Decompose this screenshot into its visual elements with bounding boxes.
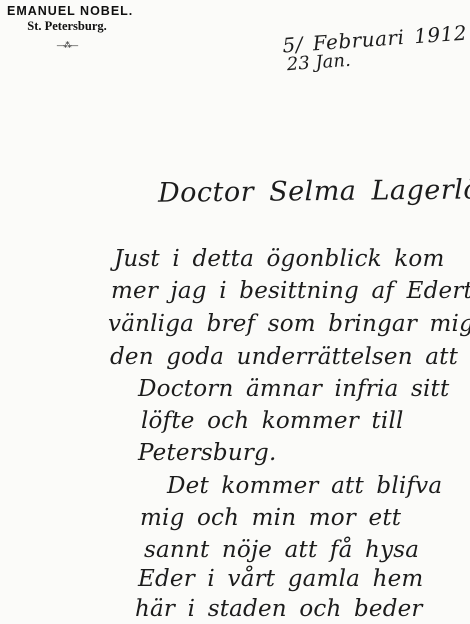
handwriting-line: Det kommer att blifva (167, 473, 442, 499)
handwriting-line: Just i detta ögonblick kom (114, 246, 445, 272)
handwriting-line: den goda underrättelsen att (110, 344, 458, 370)
handwriting-line: vänliga bref som bringar mig (108, 311, 470, 337)
salutation-line: Doctor Selma Lagerlöf (158, 174, 470, 208)
handwriting-line: mig och min mor ett (140, 505, 401, 531)
letterhead-city: St. Petersburg. (7, 19, 127, 34)
handwriting-line: Doctorn ämnar infria sitt (138, 376, 449, 402)
letter-page: EMANUEL NOBEL. St. Petersburg. —⁂— 5/ Fe… (0, 0, 470, 624)
flourish-divider-icon: —⁂— (7, 41, 127, 50)
handwriting-line: sannt nöje att få hysa (144, 537, 419, 563)
handwriting-line: mer jag i besittning af Edert (111, 278, 470, 304)
handwriting-line: Eder i vårt gamla hem (138, 566, 423, 592)
handwritten-date: 5/ Februari 1912 23 Jan. (282, 22, 469, 76)
handwriting-line: löfte och kommer till (141, 408, 404, 434)
letterhead: EMANUEL NOBEL. St. Petersburg. —⁂— (7, 4, 127, 50)
letterhead-name: EMANUEL NOBEL. (7, 4, 127, 18)
handwriting-line: här i staden och beder (135, 596, 423, 622)
handwriting-line: Petersburg. (138, 440, 276, 466)
